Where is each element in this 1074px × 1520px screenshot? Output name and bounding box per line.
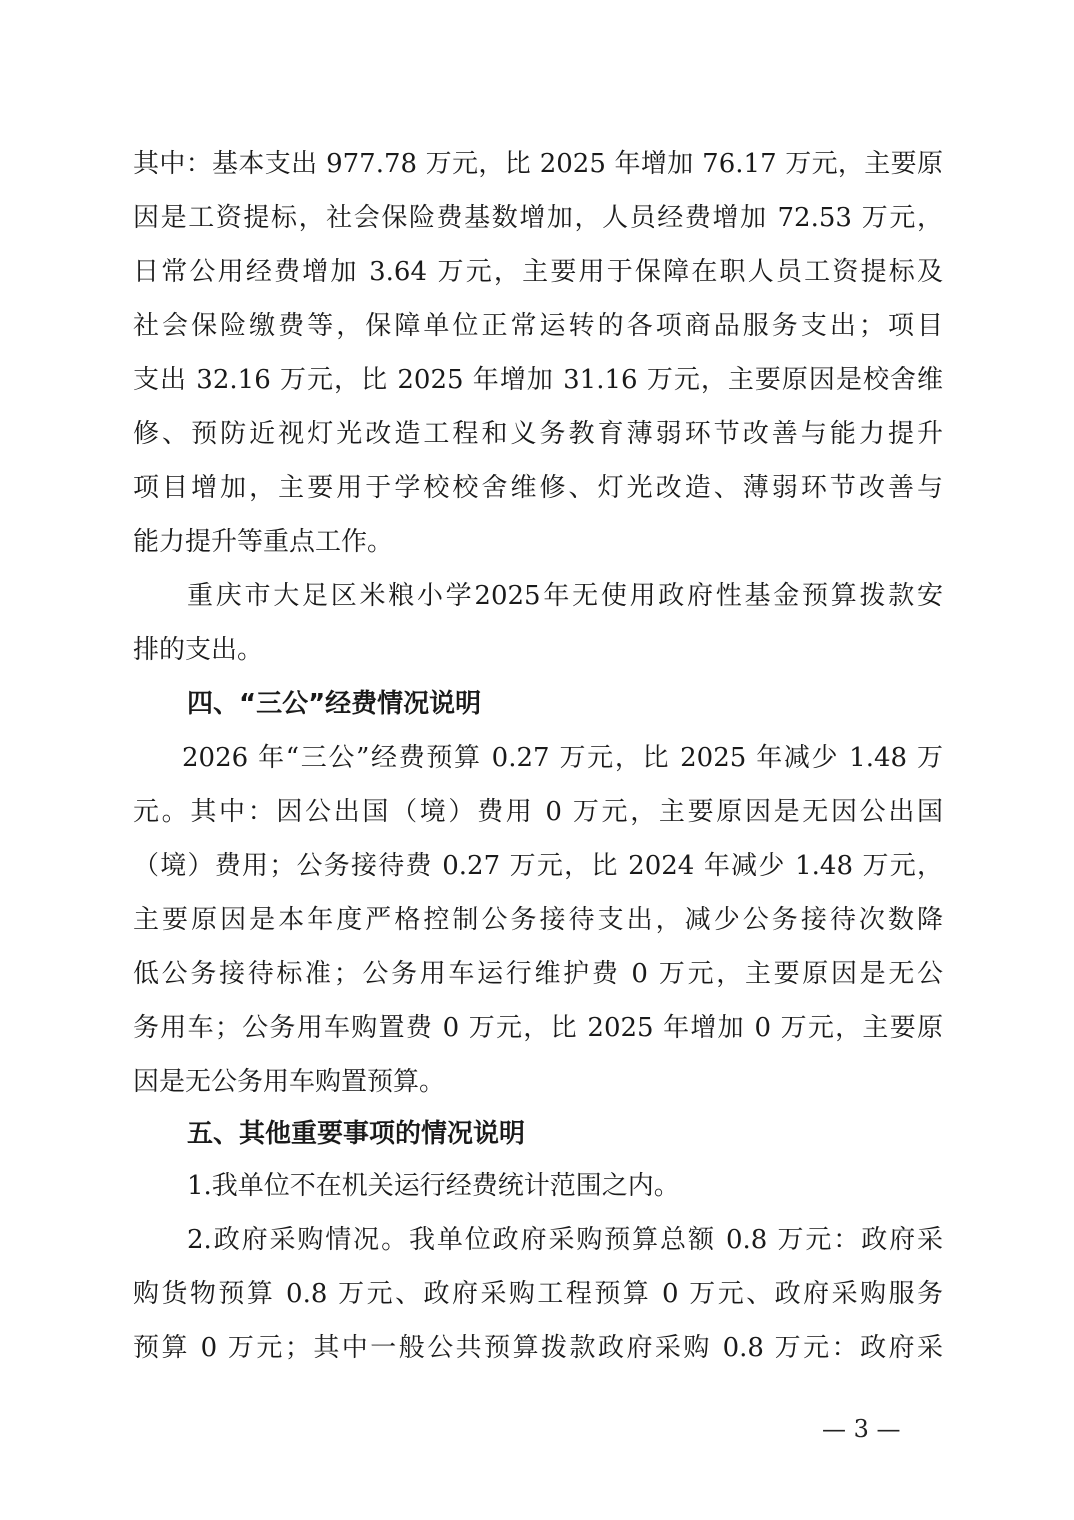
- section-heading: 四、“三公”经费情况说明: [187, 684, 943, 724]
- paragraph-line: 元。其中：因公出国（境）费用 0 万元，主要原因是无因公出国: [133, 792, 943, 832]
- list-item: 1.我单位不在机关运行经费统计范围之内。: [187, 1166, 943, 1206]
- paragraph-line: 项目增加，主要用于学校校舍维修、灯光改造、薄弱环节改善与: [133, 468, 943, 508]
- paragraph-line: 排的支出。: [133, 630, 943, 670]
- paragraph-line: 修、预防近视灯光改造工程和义务教育薄弱环节改善与能力提升: [133, 414, 943, 454]
- paragraph-line: 务用车；公务用车购置费 0 万元，比 2025 年增加 0 万元，主要原: [133, 1008, 943, 1048]
- paragraph-line: （境）费用；公务接待费 0.27 万元，比 2024 年减少 1.48 万元，: [133, 846, 943, 886]
- section-heading: 五、其他重要事项的情况说明: [187, 1114, 943, 1154]
- paragraph-line: 2026 年“三公”经费预算 0.27 万元，比 2025 年减少 1.48 万: [182, 738, 943, 778]
- paragraph-line: 主要原因是本年度严格控制公务接待支出，减少公务接待次数降: [133, 900, 943, 940]
- paragraph-line: 重庆市大足区米粮小学2025年无使用政府性基金预算拨款安: [187, 576, 943, 616]
- list-item-line: 购货物预算 0.8 万元、政府采购工程预算 0 万元、政府采购服务: [133, 1274, 943, 1314]
- list-item-line: 预算 0 万元；其中一般公共预算拨款政府采购 0.8 万元：政府采: [133, 1328, 943, 1368]
- paragraph-line: 其中：基本支出 977.78 万元，比 2025 年增加 76.17 万元，主要…: [133, 144, 943, 184]
- paragraph-line: 日常公用经费增加 3.64 万元，主要用于保障在职人员工资提标及: [133, 252, 943, 292]
- paragraph-line: 支出 32.16 万元，比 2025 年增加 31.16 万元，主要原因是校舍维: [133, 360, 943, 400]
- paragraph-line: 低公务接待标准；公务用车运行维护费 0 万元，主要原因是无公: [133, 954, 943, 994]
- paragraph-line: 能力提升等重点工作。: [133, 522, 943, 562]
- paragraph-line: 因是工资提标，社会保险费基数增加，人员经费增加 72.53 万元，: [133, 198, 943, 238]
- list-item-line: 2.政府采购情况。我单位政府采购预算总额 0.8 万元：政府采: [187, 1220, 943, 1260]
- document-page: 其中：基本支出 977.78 万元，比 2025 年增加 76.17 万元，主要…: [0, 0, 1074, 1520]
- paragraph-line: 社会保险缴费等，保障单位正常运转的各项商品服务支出；项目: [133, 306, 943, 346]
- paragraph-line: 因是无公务用车购置预算。: [133, 1062, 943, 1102]
- page-number: — 3 —: [822, 1414, 901, 1444]
